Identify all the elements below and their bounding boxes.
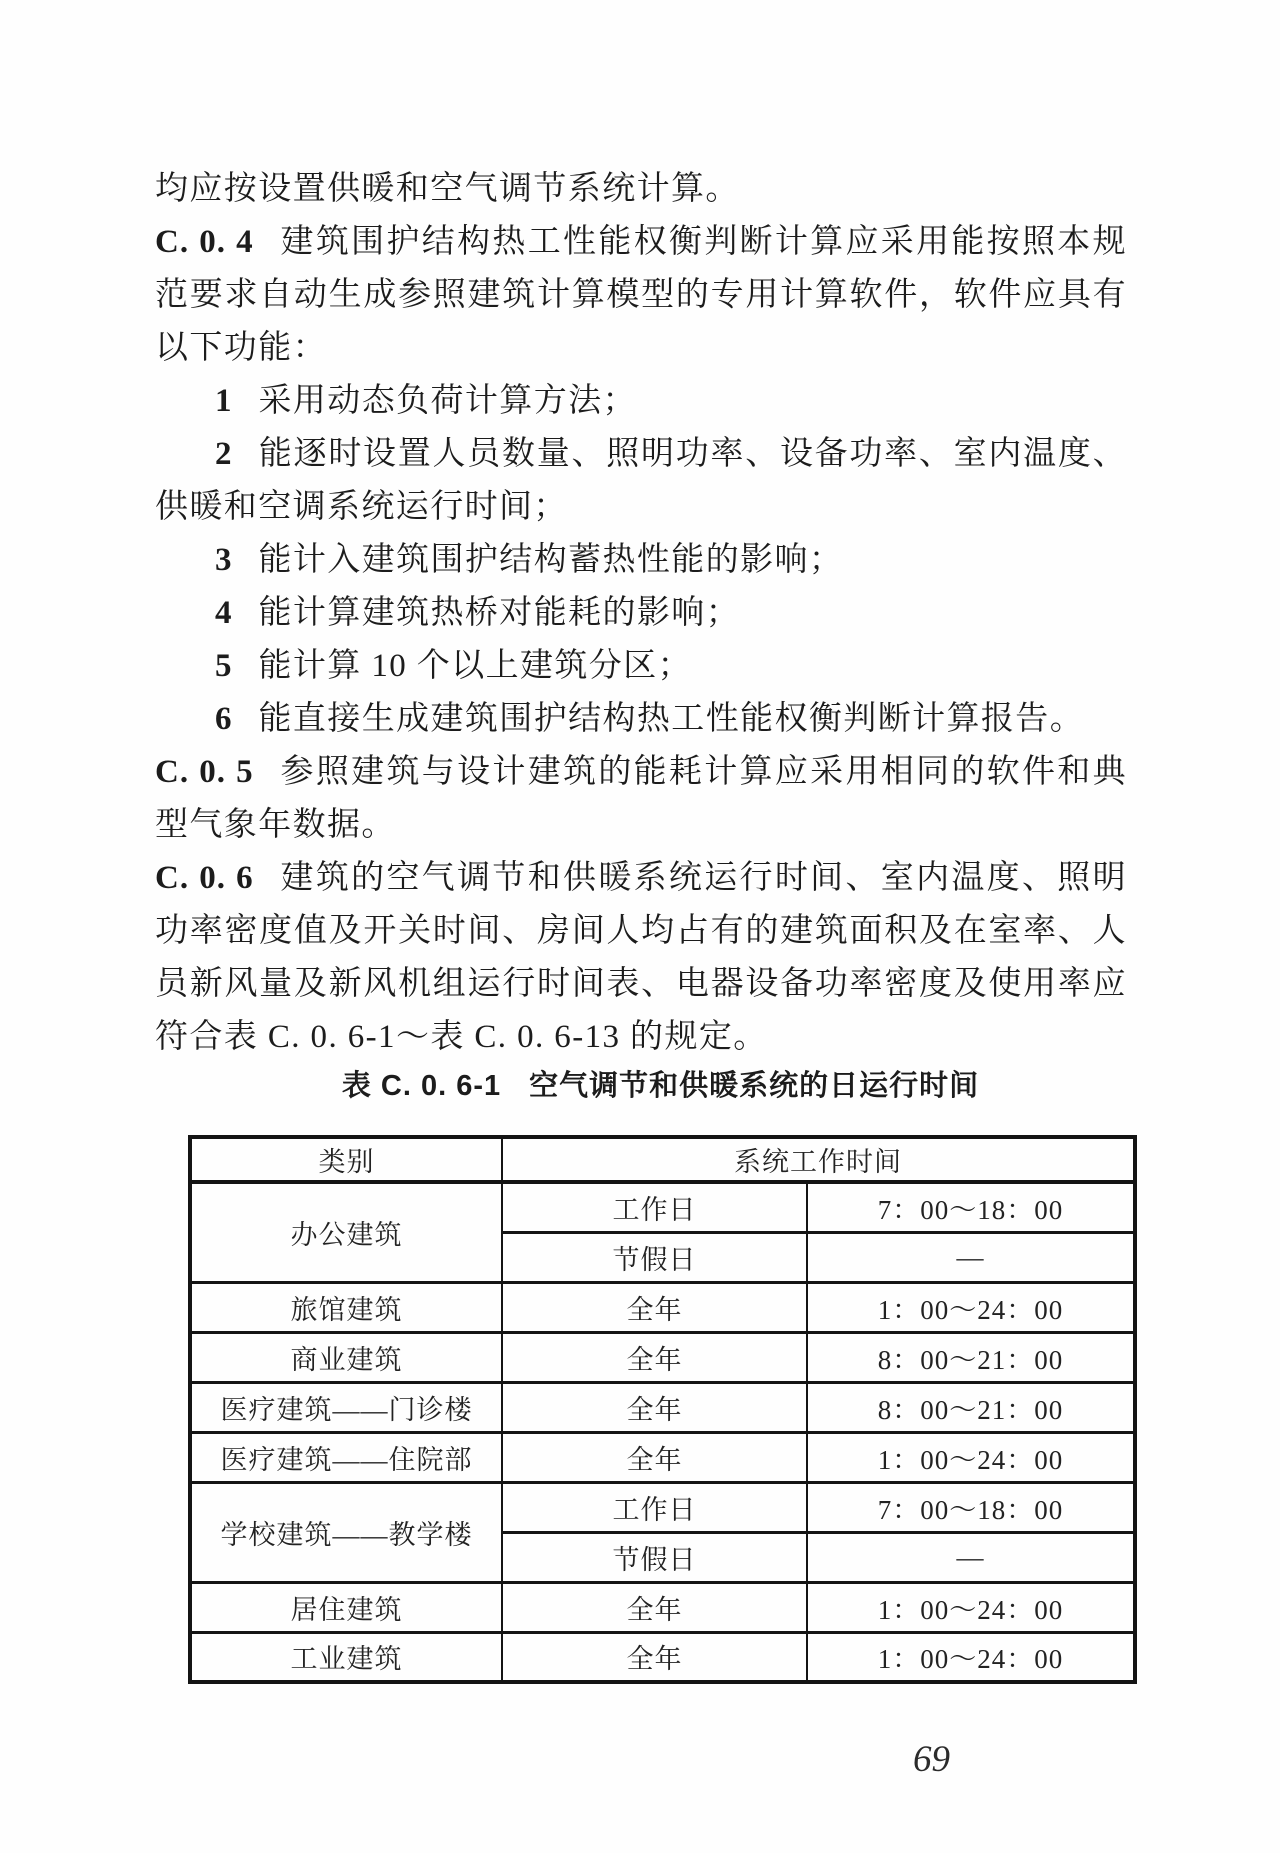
- text-line: 3能计入建筑围护结构蓄热性能的影响；: [155, 534, 1127, 587]
- text-line: C. 0. 5参照建筑与设计建筑的能耗计算应采用相同的软件和典: [155, 746, 1127, 799]
- text-line: 以下功能：: [155, 322, 1127, 375]
- text-line-content: 采用动态负荷计算方法；: [259, 383, 637, 419]
- text-line-content: 供暖和空调系统运行时间；: [155, 489, 568, 525]
- cell-time: 7：00～18：00: [807, 1482, 1135, 1532]
- table-caption-number: 表 C. 0. 6-1: [342, 1070, 501, 1102]
- cell-time: —: [807, 1232, 1135, 1282]
- table-row: 旅馆建筑全年1：00～24：00: [190, 1282, 1135, 1332]
- cell-time: —: [807, 1532, 1135, 1582]
- list-item-number: 3: [215, 542, 233, 578]
- cell-time: 7：00～18：00: [807, 1182, 1135, 1232]
- cell-period: 全年: [502, 1382, 807, 1432]
- cell-period: 全年: [502, 1282, 807, 1332]
- text-line-content: 能计算建筑热桥对能耗的影响；: [259, 595, 741, 631]
- table-row: 工业建筑全年1：00～24：00: [190, 1632, 1135, 1682]
- text-line-content: 功率密度值及开关时间、房间人均占有的建筑面积及在室率、人: [155, 913, 1127, 949]
- table-row: 商业建筑全年8：00～21：00: [190, 1332, 1135, 1382]
- cell-time: 1：00～24：00: [807, 1632, 1135, 1682]
- text-line: 功率密度值及开关时间、房间人均占有的建筑面积及在室率、人: [155, 905, 1127, 958]
- cell-period: 全年: [502, 1432, 807, 1482]
- text-line: 供暖和空调系统运行时间；: [155, 481, 1127, 534]
- text-line: 4能计算建筑热桥对能耗的影响；: [155, 587, 1127, 640]
- list-item-number: 2: [215, 436, 233, 472]
- clause-number: C. 0. 5: [155, 754, 254, 790]
- table-row: 居住建筑全年1：00～24：00: [190, 1582, 1135, 1632]
- clause-number: C. 0. 4: [155, 224, 254, 260]
- text-line-content: 能计算 10 个以上建筑分区；: [259, 648, 693, 684]
- cell-period: 节假日: [502, 1532, 807, 1582]
- cell-period: 工作日: [502, 1182, 807, 1232]
- cell-period: 全年: [502, 1582, 807, 1632]
- cell-time: 1：00～24：00: [807, 1432, 1135, 1482]
- text-line-content: 员新风量及新风机组运行时间表、电器设备功率密度及使用率应: [155, 966, 1127, 1002]
- cell-time: 8：00～21：00: [807, 1382, 1135, 1432]
- table-row: 医疗建筑——住院部全年1：00～24：00: [190, 1432, 1135, 1482]
- body-text-block: 均应按设置供暖和空气调节系统计算。C. 0. 4建筑围护结构热工性能权衡判断计算…: [155, 163, 1127, 1064]
- text-line-content: 型气象年数据。: [155, 807, 396, 843]
- text-line-content: 符合表 C. 0. 6-1～表 C. 0. 6-13 的规定。: [155, 1019, 768, 1055]
- cell-category: 商业建筑: [190, 1332, 502, 1382]
- cell-period: 工作日: [502, 1482, 807, 1532]
- text-line-content: 建筑围护结构热工性能权衡判断计算应采用能按照本规: [280, 224, 1127, 260]
- list-item-number: 6: [215, 701, 233, 737]
- table-caption: 表 C. 0. 6-1空气调节和供暖系统的日运行时间: [188, 1066, 1133, 1106]
- cell-category: 工业建筑: [190, 1632, 502, 1682]
- text-line-content: 范要求自动生成参照建筑计算模型的专用计算软件，软件应具有: [155, 277, 1127, 313]
- text-line: 5能计算 10 个以上建筑分区；: [155, 640, 1127, 693]
- cell-period: 节假日: [502, 1232, 807, 1282]
- table-row: 医疗建筑——门诊楼全年8：00～21：00: [190, 1382, 1135, 1432]
- text-line-content: 参照建筑与设计建筑的能耗计算应采用相同的软件和典: [280, 754, 1127, 790]
- text-line: C. 0. 4建筑围护结构热工性能权衡判断计算应采用能按照本规: [155, 216, 1127, 269]
- text-line: C. 0. 6建筑的空气调节和供暖系统运行时间、室内温度、照明: [155, 852, 1127, 905]
- list-item-number: 4: [215, 595, 233, 631]
- cell-category: 医疗建筑——门诊楼: [190, 1382, 502, 1432]
- table-header-row: 类别 系统工作时间: [190, 1137, 1135, 1182]
- text-line: 型气象年数据。: [155, 799, 1127, 852]
- cell-time: 8：00～21：00: [807, 1332, 1135, 1382]
- text-line: 员新风量及新风机组运行时间表、电器设备功率密度及使用率应: [155, 958, 1127, 1011]
- cell-time: 1：00～24：00: [807, 1282, 1135, 1332]
- text-line-content: 建筑的空气调节和供暖系统运行时间、室内温度、照明: [280, 860, 1127, 896]
- table-row: 学校建筑——教学楼工作日7：00～18：00: [190, 1482, 1135, 1532]
- text-line: 符合表 C. 0. 6-1～表 C. 0. 6-13 的规定。: [155, 1011, 1127, 1064]
- cell-category: 居住建筑: [190, 1582, 502, 1632]
- header-cell-category: 类别: [190, 1137, 502, 1182]
- list-item-number: 5: [215, 648, 233, 684]
- clause-number: C. 0. 6: [155, 860, 254, 896]
- cell-time: 1：00～24：00: [807, 1582, 1135, 1632]
- cell-category: 医疗建筑——住院部: [190, 1432, 502, 1482]
- operating-hours-table: 类别 系统工作时间 办公建筑工作日7：00～18：00节假日—旅馆建筑全年1：0…: [188, 1135, 1137, 1684]
- text-line: 6能直接生成建筑围护结构热工性能权衡判断计算报告。: [155, 693, 1127, 746]
- page-number: 69: [870, 1738, 950, 1781]
- cell-period: 全年: [502, 1632, 807, 1682]
- list-item-number: 1: [215, 383, 233, 419]
- text-line: 范要求自动生成参照建筑计算模型的专用计算软件，软件应具有: [155, 269, 1127, 322]
- text-line-content: 均应按设置供暖和空气调节系统计算。: [155, 171, 740, 207]
- cell-period: 全年: [502, 1332, 807, 1382]
- cell-category: 旅馆建筑: [190, 1282, 502, 1332]
- text-line-content: 能逐时设置人员数量、照明功率、设备功率、室内温度、: [259, 436, 1128, 472]
- text-line-content: 能直接生成建筑围护结构热工性能权衡判断计算报告。: [259, 701, 1085, 737]
- header-cell-system-hours: 系统工作时间: [502, 1137, 1135, 1182]
- text-line: 2能逐时设置人员数量、照明功率、设备功率、室内温度、: [155, 428, 1127, 481]
- table-caption-title: 空气调节和供暖系统的日运行时间: [529, 1070, 979, 1102]
- text-line-content: 能计入建筑围护结构蓄热性能的影响；: [259, 542, 844, 578]
- cell-category: 学校建筑——教学楼: [190, 1482, 502, 1582]
- text-line-content: 以下功能：: [155, 330, 327, 366]
- text-line: 1采用动态负荷计算方法；: [155, 375, 1127, 428]
- table-row: 办公建筑工作日7：00～18：00: [190, 1182, 1135, 1232]
- cell-category: 办公建筑: [190, 1182, 502, 1282]
- text-line: 均应按设置供暖和空气调节系统计算。: [155, 163, 1127, 216]
- document-page: 均应按设置供暖和空气调节系统计算。C. 0. 4建筑围护结构热工性能权衡判断计算…: [0, 0, 1280, 1853]
